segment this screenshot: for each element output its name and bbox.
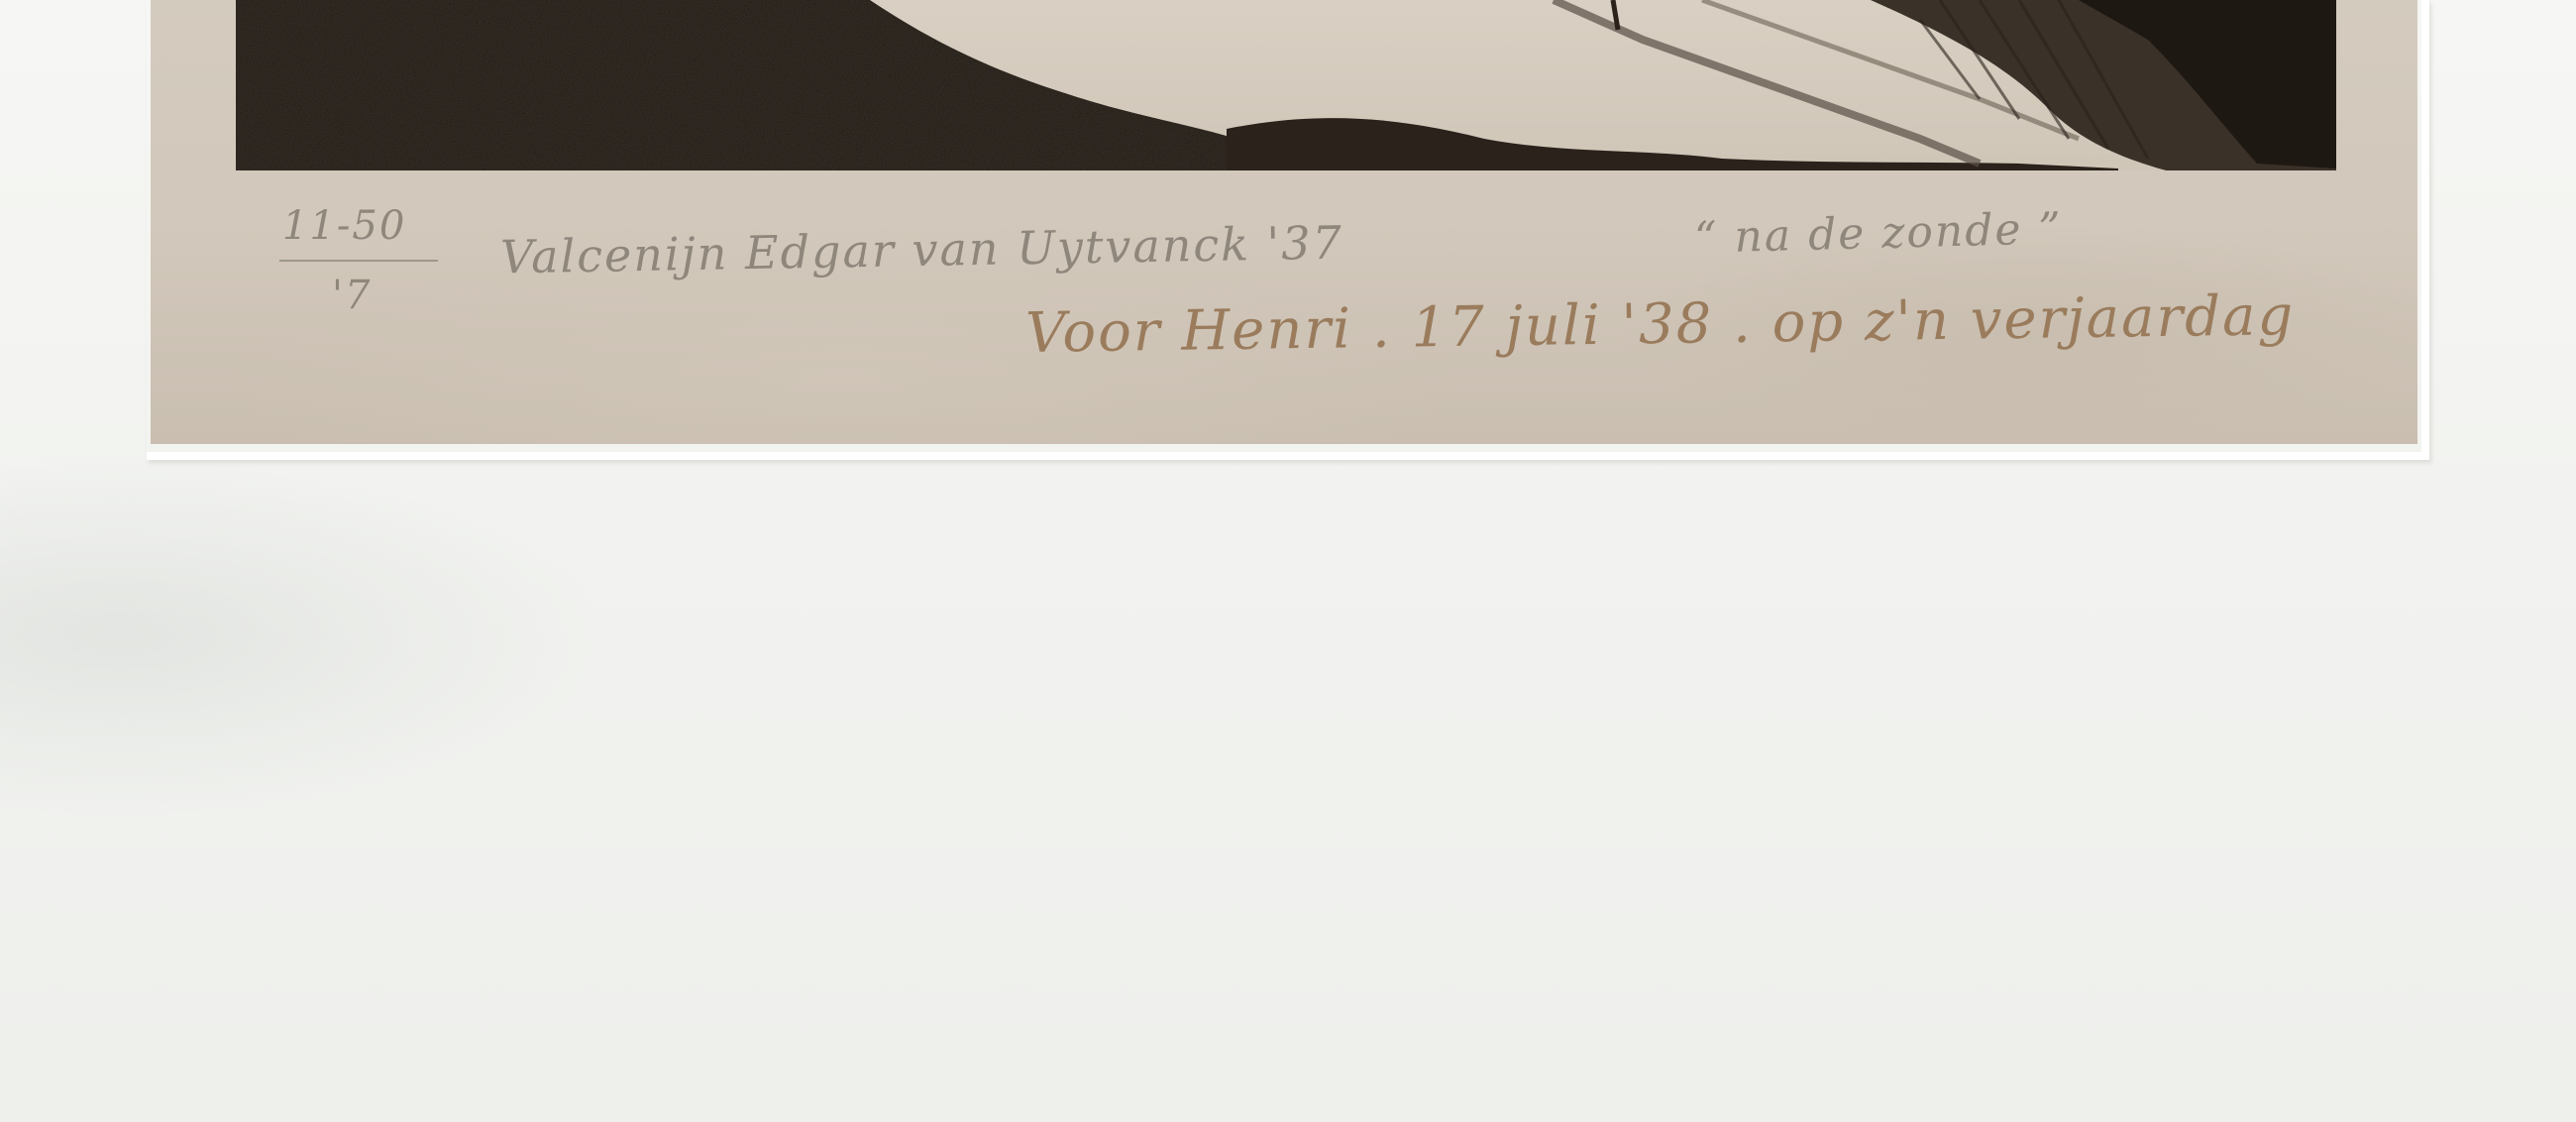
edition-fraction-line [279,260,438,262]
lithograph-image [236,0,2336,178]
artwork-title: “ na de zonde ” [1693,203,2063,264]
edition-number: 11-50 [282,203,406,249]
edition-sub-number: '7 [332,273,372,318]
